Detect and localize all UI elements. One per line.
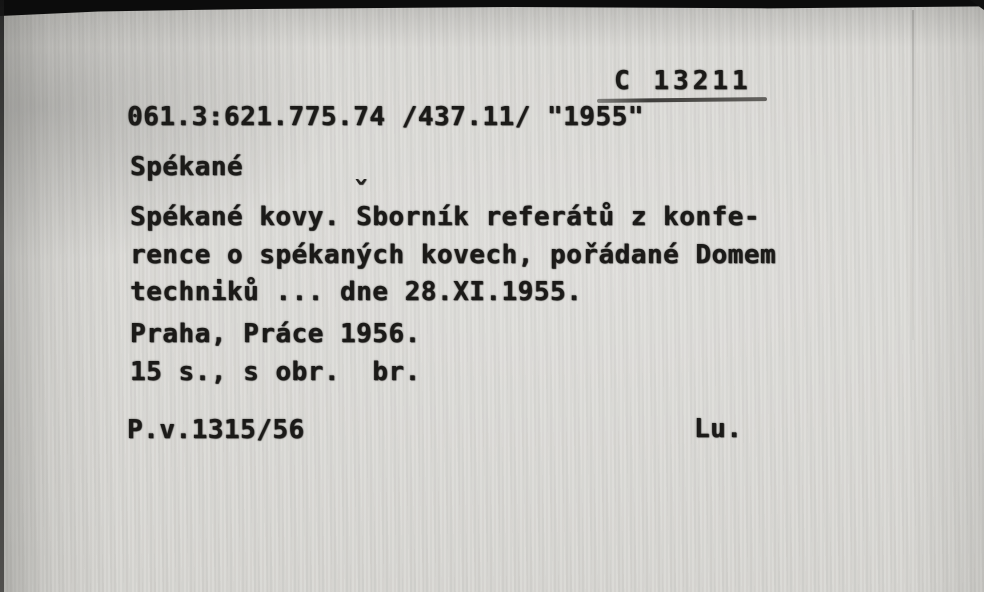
title-line-1: Spékané kovy. Sborník referátů z konfe- <box>130 202 760 232</box>
collation-line: 15 s., s obr. br. <box>130 357 421 387</box>
classification-line: 061.3:621.775.74 /437.11/ "1955" <box>127 102 644 132</box>
cataloguer-initials: Lu. <box>694 414 742 444</box>
title-line-3: techniků ... dne 28.XI.1955. <box>130 277 582 307</box>
call-number: C 13211 <box>614 66 752 96</box>
imprint-line: Praha, Práce 1956. <box>130 319 421 349</box>
card-crease <box>912 10 914 340</box>
subject-heading: Spékané <box>130 152 243 182</box>
scan-left-edge <box>0 0 4 592</box>
scan-top-edge <box>0 0 984 16</box>
catalog-card-scan: C 13211 061.3:621.775.74 /437.11/ "1955"… <box>0 0 984 592</box>
record-number: P.v.1315/56 <box>127 415 305 445</box>
title-line-2: rence o spékaných kovech, pořádané Domem <box>130 240 776 270</box>
